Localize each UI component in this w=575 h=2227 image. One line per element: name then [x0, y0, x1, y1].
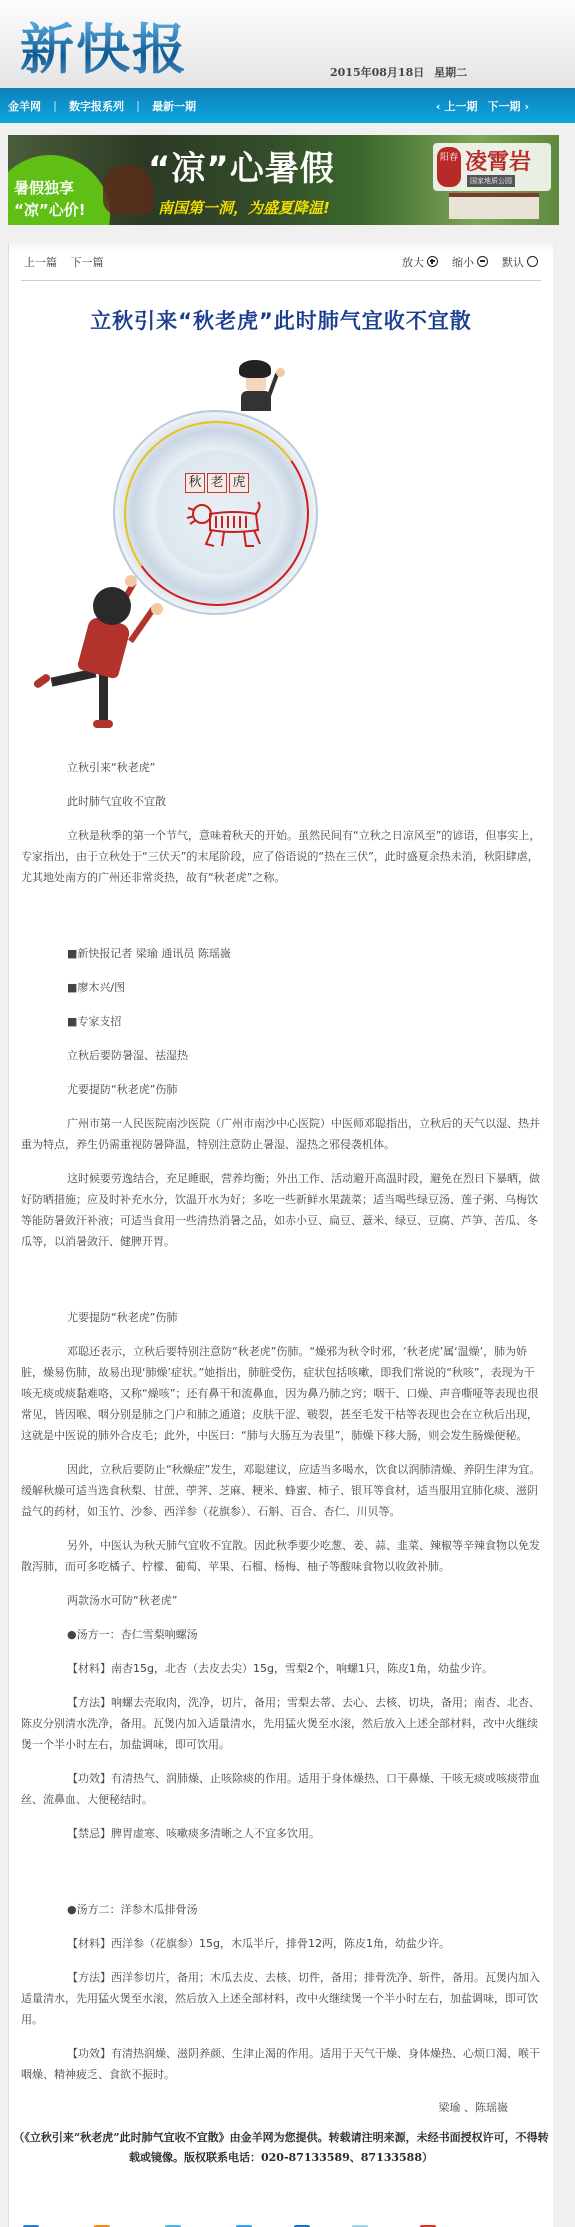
paragraph: 这时候要劳逸结合，充足睡眠，营养均衡；外出工作、活动避开高温时段，避免在烈日下暴… — [21, 1168, 543, 1252]
ad-banner[interactable]: 暑假独享 “凉”心价! “凉”心暑假 南国第一洞，为盛夏降温! 阳春 凌霄岩 国… — [8, 135, 559, 225]
next-issue-link[interactable]: 下一期› — [487, 98, 529, 114]
kid-hand — [151, 603, 163, 615]
article-illustration: 秋 老 虎 — [21, 355, 321, 745]
tiger-papercut-icon — [184, 500, 264, 555]
kid-head — [93, 587, 131, 625]
zoom-out-button[interactable]: 缩小 — [452, 254, 488, 270]
promo-line-2: “凉”心价! — [14, 199, 86, 221]
recipe-effect: 【功效】有清热气、润肺燥、止咳除痰的作用。适用于身体燥热、口干鼻燥、干咳无痰或咳… — [21, 1768, 543, 1810]
date-text: 2015年08月18日 — [330, 66, 424, 79]
font-size-controls: 放大 缩小 默认 — [388, 254, 538, 270]
kid-leg — [99, 673, 108, 723]
issue-pager: ‹上一期 下一期› — [426, 98, 529, 114]
nav-item-jinyang[interactable]: 金羊网 — [8, 98, 41, 114]
kid-body — [77, 616, 132, 680]
spacer — [21, 888, 543, 930]
section-heading: 两款汤水可防“秋老虎” — [21, 1590, 543, 1611]
section-heading: 尤要提防“秋老虎”伤肺 — [21, 1307, 543, 1328]
minus-circle-icon — [477, 256, 488, 267]
next-issue-label: 下一期 — [487, 100, 520, 113]
prev-issue-label: 上一期 — [444, 100, 477, 113]
paragraph: 因此，立秋后要防止“秋燥症”发生，邓聪建议，应适当多喝水，饮食以润肺清燥、养阴生… — [21, 1459, 543, 1522]
article-pager: 上一篇 下一篇 — [24, 254, 114, 270]
issue-date: 2015年08月18日 星期二 — [330, 64, 467, 80]
chevron-left-icon: ‹ — [436, 100, 441, 113]
plus-circle-icon — [427, 256, 438, 267]
nav-bar: 金羊网 | 数字报系列 | 最新一期 ‹上一期 下一期› — [0, 88, 575, 123]
brand-seal: 阳春 — [437, 147, 461, 187]
toolbar-divider — [21, 280, 541, 281]
byline: ■新快报记者 梁瑜 通讯员 陈瑶嶶 — [21, 943, 543, 964]
subtitle-line: 此时肺气宜收不宜散 — [21, 791, 543, 812]
prev-article-link[interactable]: 上一篇 — [24, 256, 57, 269]
nav-separator: | — [136, 99, 140, 112]
spacer — [21, 1252, 543, 1294]
recipe-ingredients: 【材料】西洋参（花旗参）15g，木瓜半斤，排骨12两，陈皮1角，幼盐少许。 — [21, 1933, 543, 1954]
paragraph: 邓聪还表示，立秋后要特别注意防“秋老虎”伤肺。“燥邪为秋令时邪，‘秋老虎’属‘温… — [21, 1341, 543, 1446]
banner-headline: “凉”心暑假 — [148, 141, 335, 190]
image-credit: ■廖木兴/图 — [21, 977, 543, 998]
paragraph: 立秋是秋季的第一个节气，意味着秋天的开始。虽然民间有“立秋之日凉风至”的谚语，但… — [21, 825, 543, 888]
kid-shoe — [32, 673, 51, 690]
zoom-default-button[interactable]: 默认 — [502, 254, 538, 270]
section-heading: ■专家支招 — [21, 1011, 543, 1032]
site-logo[interactable]: 新快报 — [20, 18, 188, 80]
section-heading: 尤要提防“秋老虎”伤肺 — [21, 1079, 543, 1100]
site-header: 新快报 2015年08月18日 星期二 — [0, 0, 575, 88]
copyright-notice: （《立秋引来“秋老虎”此时肺气宜收不宜散》由金羊网为您提供。转载请注明来源，未经… — [9, 2128, 553, 2168]
recipe-method: 【方法】响螺去壳取肉，洗净，切片，备用；雪梨去蒂、去心、去核、切块，备用；南杏、… — [21, 1692, 543, 1755]
article-toolbar: 上一篇 下一篇 放大 缩小 默认 — [9, 243, 553, 280]
chevron-right-icon: › — [524, 100, 529, 113]
nav-item-latest-issue[interactable]: 最新一期 — [152, 98, 196, 114]
section-heading: 立秋后要防暑湿、祛湿热 — [21, 1045, 543, 1066]
promo-text: 暑假独享 “凉”心价! — [14, 177, 86, 221]
horse-image — [103, 165, 153, 215]
building-image — [449, 193, 539, 219]
zoom-in-button[interactable]: 放大 — [402, 254, 438, 270]
subtitle-line: 立秋引来“秋老虎” — [21, 757, 543, 778]
paragraph: 另外，中医认为秋天肺气宜收不宜散。因此秋季要少吃葱、姜、蒜、韭菜、辣椒等辛辣食物… — [21, 1535, 543, 1577]
recipe-method: 【方法】西洋参切片，备用；木瓜去皮、去核、切件，备用；排骨洗净、斩件，备用。瓦煲… — [21, 1967, 543, 2030]
plate-char: 虎 — [229, 473, 249, 493]
article-body: 立秋引来“秋老虎” 此时肺气宜收不宜散 立秋是秋季的第一个节气，意味着秋天的开始… — [9, 757, 553, 2118]
next-article-link[interactable]: 下一篇 — [71, 256, 104, 269]
zoom-in-label: 放大 — [402, 254, 424, 270]
man-hat — [239, 360, 271, 378]
recipe-ingredients: 【材料】南杏15g，北杏（去皮去尖）15g，雪梨2个，响螺1只，陈皮1角，幼盐少… — [21, 1658, 543, 1679]
nav-links: 金羊网 | 数字报系列 | 最新一期 — [8, 98, 196, 114]
author-signature: 梁瑜 、陈瑶嶶 — [21, 2097, 543, 2118]
article-title: 立秋引来“秋老虎”此时肺气宜收不宜散 — [9, 305, 553, 335]
banner-subline: 南国第一洞，为盛夏降温! — [158, 197, 330, 218]
paragraph: 广州市第一人民医院南沙医院（广州市南沙中心医院）中医师邓聪指出，立秋后的天气以湿… — [21, 1113, 543, 1155]
brand-subtitle: 国家地质公园 — [467, 175, 515, 187]
nav-separator: | — [53, 99, 57, 112]
prev-issue-link[interactable]: ‹上一期 — [436, 98, 478, 114]
circle-icon — [527, 256, 538, 267]
recipe-effect: 【功效】有清热润燥、滋阴养颜、生津止渴的作用。适用于天气干燥、身体燥热、心烦口渴… — [21, 2043, 543, 2085]
plate-char: 秋 — [185, 473, 205, 493]
zoom-default-label: 默认 — [502, 254, 524, 270]
page-gutter — [553, 243, 575, 2227]
kid-hand — [125, 575, 137, 587]
man-hand — [276, 368, 285, 377]
kid-shoe — [93, 720, 113, 728]
zoom-out-label: 缩小 — [452, 254, 474, 270]
brand-name: 凌霄岩 — [465, 145, 531, 176]
nav-item-digital-series[interactable]: 数字报系列 — [69, 98, 124, 114]
article-container: 上一篇 下一篇 放大 缩小 默认 立秋引来“秋老虎”此时肺气宜收不宜散 秋 — [8, 243, 553, 2227]
man-body — [241, 391, 271, 411]
promo-line-1: 暑假独享 — [14, 177, 86, 199]
spacer — [21, 1844, 543, 1886]
weekday-text: 星期二 — [434, 66, 467, 79]
recipe-title: ●汤方二：洋参木瓜排骨汤 — [21, 1899, 543, 1920]
brand-logo: 阳春 凌霄岩 国家地质公园 — [433, 143, 551, 191]
plate-label: 秋 老 虎 — [185, 473, 249, 493]
plate-char: 老 — [207, 473, 227, 493]
recipe-title: ●汤方一：杏仁雪梨响螺汤 — [21, 1624, 543, 1645]
recipe-caution: 【禁忌】脾胃虚寒、咳嗽痰多清晰之人不宜多饮用。 — [21, 1823, 543, 1844]
